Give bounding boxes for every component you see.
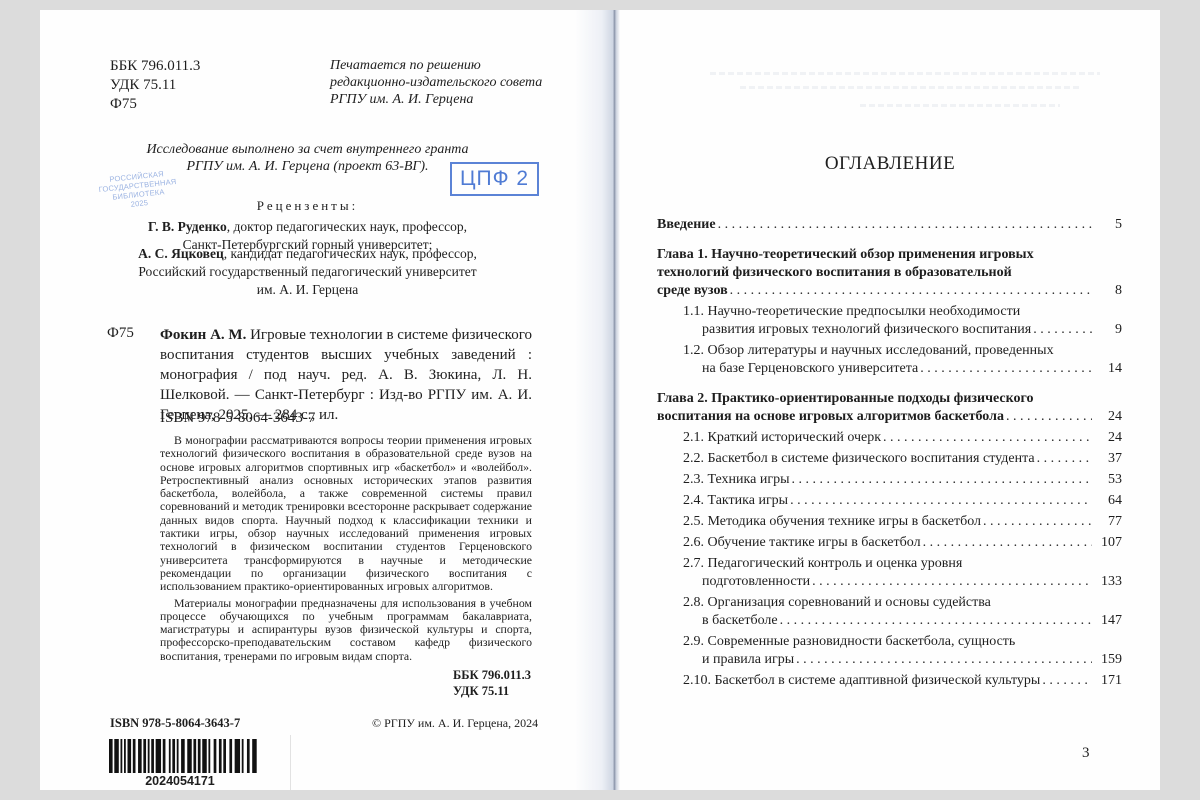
toc-page-number: 53 bbox=[1098, 471, 1122, 489]
toc-entry[interactable]: 2.4. Тактика игры64 bbox=[657, 492, 1122, 510]
bbk-code: ББК 796.011.3 bbox=[453, 667, 531, 683]
toc-entry-line: Глава 1. Научно-теоретический обзор прим… bbox=[657, 246, 1122, 264]
toc-entry-title: 2.4. Тактика игры bbox=[683, 492, 788, 510]
isbn-bottom: ISBN 978-5-8064-3643-7 bbox=[110, 716, 240, 731]
dot-leader bbox=[920, 360, 1092, 378]
dot-leader bbox=[780, 612, 1092, 630]
toc-entry[interactable]: Глава 1. Научно-теоретический обзор прим… bbox=[657, 246, 1122, 300]
toc-entry[interactable]: 2.7. Педагогический контроль и оценка ур… bbox=[657, 555, 1122, 591]
toc-entry[interactable]: 2.3. Техника игры53 bbox=[657, 471, 1122, 489]
toc-entry[interactable]: 2.2. Баскетбол в системе физического вос… bbox=[657, 450, 1122, 468]
page-number: 3 bbox=[1082, 745, 1090, 762]
book-spread: ББК 796.011.3 УДК 75.11 Ф75 Печатается п… bbox=[40, 10, 1160, 790]
toc-entry[interactable]: 2.6. Обучение тактике игры в баскетбол10… bbox=[657, 534, 1122, 552]
toc-page-number: 77 bbox=[1098, 513, 1122, 531]
toc-entry-title: в баскетболе bbox=[702, 612, 778, 630]
toc-entry-line: технологий физического воспитания в обра… bbox=[657, 264, 1122, 282]
toc-entry-title: развития игровых технологий физического … bbox=[702, 321, 1031, 339]
toc-entry[interactable]: 2.8. Организация соревнований и основы с… bbox=[657, 594, 1122, 630]
abstract-paragraph: Материалы монографии предназначены для и… bbox=[160, 597, 532, 663]
toc-page-number: 64 bbox=[1098, 492, 1122, 510]
toc-entry-title: на базе Герценовского университета bbox=[702, 360, 918, 378]
toc-entry-title: подготовленности bbox=[702, 573, 810, 591]
dot-leader bbox=[983, 513, 1092, 531]
toc-entry-title: 2.2. Баскетбол в системе физического вос… bbox=[683, 450, 1035, 468]
toc-entry-line: 2.9. Современные разновидности баскетбол… bbox=[683, 633, 1122, 651]
toc-entry-line: 2.7. Педагогический контроль и оценка ур… bbox=[683, 555, 1122, 573]
toc-entry-title: 2.1. Краткий исторический очерк bbox=[683, 429, 881, 447]
dot-leader bbox=[1006, 408, 1092, 426]
udk-code: УДК 75.11 bbox=[110, 76, 200, 95]
toc-entry-line: 2.8. Организация соревнований и основы с… bbox=[683, 594, 1122, 612]
toc-page-number: 147 bbox=[1098, 612, 1122, 630]
barcode-number: 2024054171 bbox=[105, 774, 255, 788]
bottom-codes: ББК 796.011.3 УДК 75.11 bbox=[453, 667, 531, 699]
toc-entry-title: воспитания на основе игровых алгоритмов … bbox=[657, 408, 1004, 426]
udk-code: УДК 75.11 bbox=[453, 683, 531, 699]
isbn: ISBN 978-5-8064-3643-7 bbox=[160, 410, 315, 427]
dot-leader bbox=[1037, 450, 1092, 468]
toc-entry[interactable]: 2.1. Краткий исторический очерк24 bbox=[657, 429, 1122, 447]
toc-entry[interactable]: 1.2. Обзор литературы и научных исследов… bbox=[657, 342, 1122, 378]
dot-leader bbox=[883, 429, 1092, 447]
copyright: © РГПУ им. А. И. Герцена, 2024 bbox=[372, 716, 538, 731]
toc-page-number: 107 bbox=[1098, 534, 1122, 552]
table-of-contents: Введение5Глава 1. Научно-теоретический о… bbox=[657, 216, 1122, 690]
dot-leader bbox=[1033, 321, 1092, 339]
toc-entry-line: 1.2. Обзор литературы и научных исследов… bbox=[683, 342, 1122, 360]
toc-page-number: 159 bbox=[1098, 651, 1122, 669]
toc-page-number: 24 bbox=[1098, 408, 1122, 426]
publish-note-line: РГПУ им. А. И. Герцена bbox=[330, 91, 542, 108]
dot-leader bbox=[1042, 672, 1092, 690]
dot-leader bbox=[791, 471, 1092, 489]
classification-codes: ББК 796.011.3 УДК 75.11 Ф75 bbox=[110, 57, 200, 114]
toc-entry-title: и правила игры bbox=[702, 651, 794, 669]
publish-note-line: редакционно-издательского совета bbox=[330, 74, 542, 91]
barcode-label: 2024054171 bbox=[105, 735, 291, 790]
toc-entry-title: 2.5. Методика обучения технике игры в ба… bbox=[683, 513, 981, 531]
dot-leader bbox=[718, 216, 1092, 234]
toc-entry[interactable]: Введение5 bbox=[657, 216, 1122, 234]
toc-entry-title: Введение bbox=[657, 216, 716, 234]
reviewer-name: А. С. Яцковец bbox=[138, 246, 224, 261]
toc-page-number: 171 bbox=[1098, 672, 1122, 690]
toc-page-number: 24 bbox=[1098, 429, 1122, 447]
reviewer-title: , кандидат педагогических наук, профессо… bbox=[224, 246, 477, 261]
toc-page-number: 5 bbox=[1098, 216, 1122, 234]
left-page: ББК 796.011.3 УДК 75.11 Ф75 Печатается п… bbox=[40, 10, 575, 790]
toc-entry[interactable]: 2.9. Современные разновидности баскетбол… bbox=[657, 633, 1122, 669]
toc-entry-line: Глава 2. Практико-ориентированные подход… bbox=[657, 390, 1122, 408]
toc-entry-line: 1.1. Научно-теоретические предпосылки не… bbox=[683, 303, 1122, 321]
dot-leader bbox=[812, 573, 1092, 591]
right-page: ОГЛАВЛЕНИЕ Введение5Глава 1. Научно-теор… bbox=[620, 10, 1160, 790]
dot-leader bbox=[790, 492, 1092, 510]
dot-leader bbox=[923, 534, 1092, 552]
toc-entry[interactable]: 1.1. Научно-теоретические предпосылки не… bbox=[657, 303, 1122, 339]
reviewer-affiliation: им. А. И. Герцена bbox=[40, 281, 575, 299]
dot-leader bbox=[730, 282, 1092, 300]
publish-note: Печатается по решению редакционно-издате… bbox=[330, 57, 542, 108]
bib-author: Фокин А. М. bbox=[160, 327, 246, 343]
toc-entry-title: 2.3. Техника игры bbox=[683, 471, 789, 489]
book-gutter bbox=[575, 10, 620, 790]
toc-page-number: 133 bbox=[1098, 573, 1122, 591]
toc-entry[interactable]: Глава 2. Практико-ориентированные подход… bbox=[657, 390, 1122, 426]
abstract-paragraph: В монографии рассматриваются вопросы тео… bbox=[160, 434, 532, 594]
reviewer-name: Г. В. Руденко bbox=[148, 219, 227, 234]
toc-entry[interactable]: 2.10. Баскетбол в системе адаптивной физ… bbox=[657, 672, 1122, 690]
toc-entry[interactable]: 2.5. Методика обучения технике игры в ба… bbox=[657, 513, 1122, 531]
author-mark: Ф75 bbox=[110, 95, 200, 114]
bbk-code: ББК 796.011.3 bbox=[110, 57, 200, 76]
bib-code: Ф75 bbox=[107, 325, 134, 342]
reviewer-2: А. С. Яцковец, кандидат педагогических н… bbox=[40, 245, 575, 299]
toc-title: ОГЛАВЛЕНИЕ bbox=[620, 153, 1160, 175]
toc-page-number: 14 bbox=[1098, 360, 1122, 378]
show-through-text bbox=[710, 72, 1130, 122]
barcode-icon bbox=[109, 739, 259, 773]
toc-entry-title: среде вузов bbox=[657, 282, 728, 300]
abstract: В монографии рассматриваются вопросы тео… bbox=[160, 434, 532, 663]
toc-entry-title: 2.6. Обучение тактике игры в баскетбол bbox=[683, 534, 921, 552]
reviewers-title: Рецензенты: bbox=[40, 198, 575, 214]
toc-page-number: 37 bbox=[1098, 450, 1122, 468]
toc-page-number: 9 bbox=[1098, 321, 1122, 339]
reviewer-title: , доктор педагогических наук, профессор, bbox=[227, 219, 467, 234]
publish-note-line: Печатается по решению bbox=[330, 57, 542, 74]
toc-page-number: 8 bbox=[1098, 282, 1122, 300]
reviewer-affiliation: Российский государственный педагогически… bbox=[40, 263, 575, 281]
dot-leader bbox=[796, 651, 1092, 669]
cpf-stamp: ЦПФ 2 bbox=[450, 162, 539, 196]
grant-note-line: Исследование выполнено за счет внутренне… bbox=[40, 141, 575, 158]
toc-entry-title: 2.10. Баскетбол в системе адаптивной физ… bbox=[683, 672, 1040, 690]
